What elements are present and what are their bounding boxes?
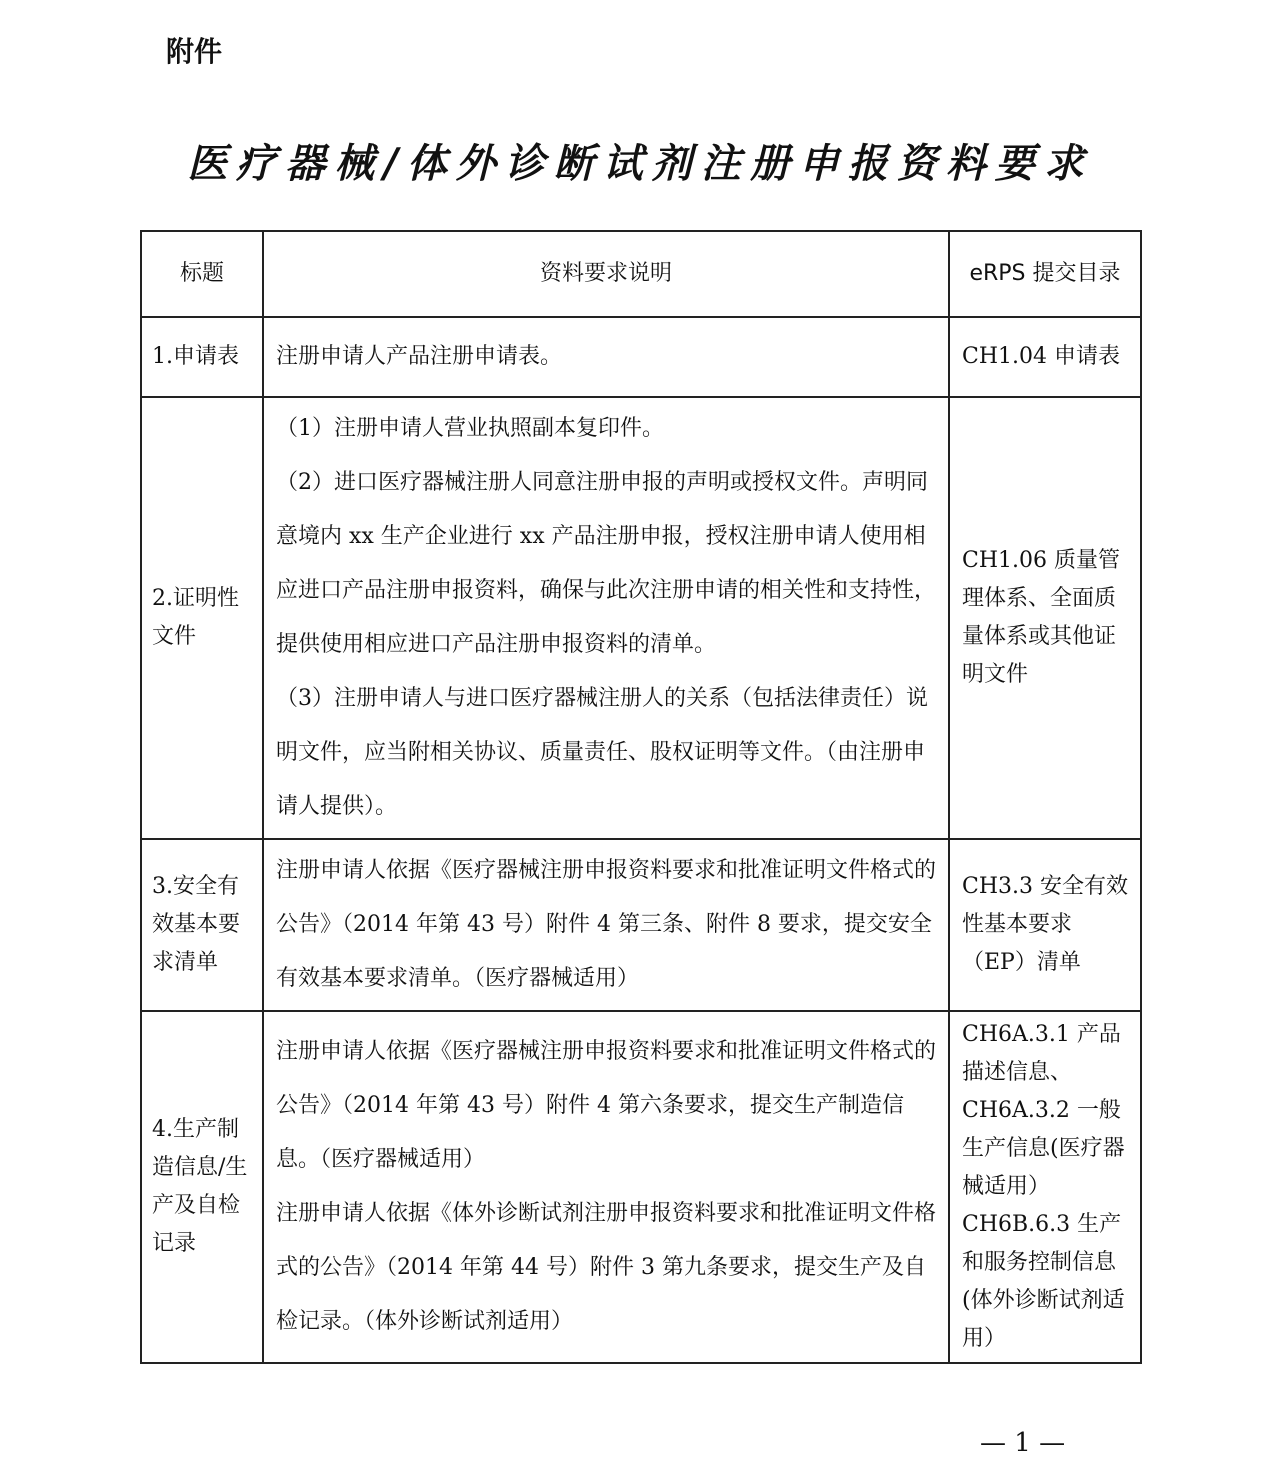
- row-erps-code: CH3.3 安全有效性基本要求（EP）清单: [949, 839, 1141, 1011]
- description-paragraph: 注册申请人依据《体外诊断试剂注册申报资料要求和批准证明文件格式的公告》（2014…: [276, 1187, 936, 1349]
- row-title: 2.证明性文件: [141, 397, 263, 839]
- row-erps-code: CH6A.3.1 产品描述信息、CH6A.3.2 一般生产信息(医疗器械适用）C…: [949, 1011, 1141, 1363]
- row-title: 4.生产制造信息/生产及自检记录: [141, 1011, 263, 1363]
- attachment-label: 附件: [166, 30, 222, 70]
- description-paragraph: （3）注册申请人与进口医疗器械注册人的关系（包括法律责任）说明文件，应当附相关协…: [276, 672, 936, 834]
- description-paragraph: 注册申请人依据《医疗器械注册申报资料要求和批准证明文件格式的公告》（2014 年…: [276, 844, 936, 1006]
- table-row: 2.证明性文件 （1）注册申请人营业执照副本复印件。 （2）进口医疗器械注册人同…: [141, 397, 1141, 839]
- row-erps-code: CH1.04 申请表: [949, 317, 1141, 397]
- description-paragraph: （2）进口医疗器械注册人同意注册申报的声明或授权文件。声明同意境内 xx 生产企…: [276, 456, 936, 672]
- page-number: — 1 —: [980, 1428, 1065, 1458]
- description-paragraph: （1）注册申请人营业执照副本复印件。: [276, 402, 936, 456]
- description-paragraph: 注册申请人产品注册申请表。: [276, 330, 936, 384]
- table-row: 1.申请表 注册申请人产品注册申请表。 CH1.04 申请表: [141, 317, 1141, 397]
- row-description: （1）注册申请人营业执照副本复印件。 （2）进口医疗器械注册人同意注册申报的声明…: [263, 397, 949, 839]
- header-description: 资料要求说明: [263, 231, 949, 317]
- header-erps-directory: eRPS 提交目录: [949, 231, 1141, 317]
- row-description: 注册申请人依据《医疗器械注册申报资料要求和批准证明文件格式的公告》（2014 年…: [263, 1011, 949, 1363]
- table-row: 3.安全有效基本要求清单 注册申请人依据《医疗器械注册申报资料要求和批准证明文件…: [141, 839, 1141, 1011]
- table-header-row: 标题 资料要求说明 eRPS 提交目录: [141, 231, 1141, 317]
- header-title: 标题: [141, 231, 263, 317]
- description-paragraph: 注册申请人依据《医疗器械注册申报资料要求和批准证明文件格式的公告》（2014 年…: [276, 1025, 936, 1187]
- row-description: 注册申请人依据《医疗器械注册申报资料要求和批准证明文件格式的公告》（2014 年…: [263, 839, 949, 1011]
- row-description: 注册申请人产品注册申请表。: [263, 317, 949, 397]
- requirements-table: 标题 资料要求说明 eRPS 提交目录 1.申请表 注册申请人产品注册申请表。 …: [140, 230, 1142, 1364]
- row-title: 1.申请表: [141, 317, 263, 397]
- row-title: 3.安全有效基本要求清单: [141, 839, 263, 1011]
- table-row: 4.生产制造信息/生产及自检记录 注册申请人依据《医疗器械注册申报资料要求和批准…: [141, 1011, 1141, 1363]
- row-erps-code: CH1.06 质量管理体系、全面质量体系或其他证明文件: [949, 397, 1141, 839]
- document-title: 医疗器械/体外诊断试剂注册申报资料要求: [140, 132, 1140, 189]
